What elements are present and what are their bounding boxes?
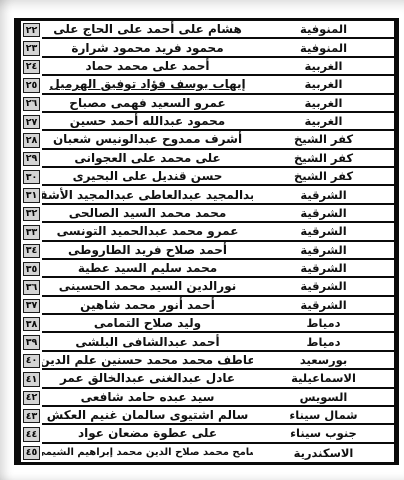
candidate-name-cell: محمود فريد محمود شرارة: [42, 39, 253, 57]
row-number-cell: ٢٢: [17, 21, 42, 39]
governorate-cell: دمياط: [253, 333, 396, 351]
row-number-badge: ٢٥: [23, 78, 40, 92]
candidate-name-cell: وليد صلاح التمامى: [42, 315, 253, 333]
governorate-cell: الغربية: [253, 113, 396, 131]
candidate-name-cell: سيد عبده حامد شافعى: [42, 389, 253, 407]
candidate-name-cell: أحمد صلاح فريد الطاروطى: [42, 242, 253, 260]
table-row: الشرقية محمد سليم السيد عطية ٣٥: [17, 260, 396, 278]
table-row: الغربية محمود عبدالله أحمد حسين ٢٧: [17, 113, 396, 131]
row-number-cell: ٣٧: [17, 297, 42, 315]
row-number-cell: ٣٤: [17, 242, 42, 260]
row-number-cell: ٤٥: [17, 444, 42, 462]
row-number-cell: ٣٣: [17, 223, 42, 241]
candidate-name-cell: على عطوة مضعان عواد: [42, 425, 253, 443]
candidate-name-cell: محمد محمد السيد الصالحى: [42, 205, 253, 223]
table-row: الغربية عمرو السعيد فهمى مصباح ٢٦: [17, 95, 396, 113]
governorate-cell: الشرقية: [253, 223, 396, 241]
table-row: الشرقية أحمد أنور محمد شاهين ٣٧: [17, 297, 396, 315]
table-row: دمياط وليد صلاح التمامى ٣٨: [17, 315, 396, 333]
governorate-cell: المنوفية: [253, 39, 396, 57]
row-number-badge: ٢٦: [23, 97, 40, 111]
table-row: كفر الشيخ حسن قنديل على البحيرى ٣٠: [17, 168, 396, 186]
governorate-cell: الغربية: [253, 76, 396, 94]
row-number-cell: ٢٣: [17, 39, 42, 57]
table-row: الغربية إيهاب يوسف فؤاد توفيق الهرميل ٢٥: [17, 76, 396, 94]
row-number-cell: ٤٤: [17, 425, 42, 443]
governorate-cell: الاسكندرية: [253, 444, 396, 462]
governorate-cell: الشرقية: [253, 186, 396, 204]
governorate-cell: الغربية: [253, 58, 396, 76]
governorate-cell: كفر الشيخ: [253, 131, 396, 149]
row-number-cell: ٢٧: [17, 113, 42, 131]
governorate-cell: شمال سيناء: [253, 407, 396, 425]
candidates-table: المنوفية هشام على أحمد على الحاج على ٢٢ …: [14, 18, 399, 465]
governorate-cell: دمياط: [253, 315, 396, 333]
candidate-name-cell: عادل عبدالغنى عبدالخالق عمر: [42, 370, 253, 388]
governorate-cell: المنوفية: [253, 21, 396, 39]
governorate-cell: بورسعيد: [253, 352, 396, 370]
row-number-badge: ٤٠: [23, 354, 40, 368]
table-row: كفر الشيخ أشرف ممدوح عبدالونيس شعبان ٢٨: [17, 131, 396, 149]
candidate-name-cell: أشرف ممدوح عبدالونيس شعبان: [42, 131, 253, 149]
row-number-badge: ٣٥: [23, 262, 40, 276]
row-number-cell: ٣٢: [17, 205, 42, 223]
row-number-badge: ٣٠: [23, 170, 40, 184]
candidate-name-cell: على محمد على العجوانى: [42, 150, 253, 168]
row-number-badge: ٤٥: [23, 446, 40, 460]
row-number-cell: ٤٣: [17, 407, 42, 425]
table-row: كفر الشيخ على محمد على العجوانى ٢٩: [17, 150, 396, 168]
table-row: الغربية أحمد على محمد حماد ٢٤: [17, 58, 396, 76]
row-number-badge: ٤٤: [23, 427, 40, 441]
candidate-name-cell: أحمد على محمد حماد: [42, 58, 253, 76]
row-number-badge: ٢٨: [23, 133, 40, 147]
row-number-badge: ٢٣: [23, 41, 40, 55]
candidate-name-cell: سالم اشتيوى سالمان غنيم العكش: [42, 407, 253, 425]
row-number-cell: ٣٥: [17, 260, 42, 278]
row-number-badge: ٤١: [23, 372, 40, 386]
governorate-cell: الشرقية: [253, 278, 396, 296]
governorate-cell: الاسماعيلية: [253, 370, 396, 388]
table-row: جنوب سيناء على عطوة مضعان عواد ٤٤: [17, 425, 396, 443]
row-number-badge: ٢٢: [23, 23, 40, 37]
row-number-badge: ٣٦: [23, 280, 40, 294]
candidate-name-cell: محمد سليم السيد عطية: [42, 260, 253, 278]
table-row: الاسماعيلية عادل عبدالغنى عبدالخالق عمر …: [17, 370, 396, 388]
candidate-name-cell: أحمد عبدالشافى البلشى: [42, 333, 253, 351]
row-number-badge: ٣٨: [23, 317, 40, 331]
row-number-badge: ٣٩: [23, 335, 40, 349]
governorate-cell: الشرقية: [253, 242, 396, 260]
governorate-cell: الشرقية: [253, 260, 396, 278]
governorate-cell: السويس: [253, 389, 396, 407]
row-number-badge: ٣٤: [23, 244, 40, 258]
candidate-name-cell: هشام على أحمد على الحاج على: [42, 21, 253, 39]
row-number-badge: ٢٤: [23, 60, 40, 74]
table-row: المنوفية محمود فريد محمود شرارة ٢٣: [17, 39, 396, 57]
row-number-badge: ٤٣: [23, 409, 40, 423]
row-number-cell: ٤٠: [17, 352, 42, 370]
row-number-badge: ٣٣: [23, 225, 40, 239]
row-number-cell: ٢٥: [17, 76, 42, 94]
table-row: الشرقية عمرو محمد عبدالحميد التونسى ٣٣: [17, 223, 396, 241]
row-number-cell: ٣٠: [17, 168, 42, 186]
candidate-name-cell: عمرو محمد عبدالحميد التونسى: [42, 223, 253, 241]
governorate-cell: كفر الشيخ: [253, 150, 396, 168]
governorate-cell: كفر الشيخ: [253, 168, 396, 186]
row-number-cell: ٣٨: [17, 315, 42, 333]
row-number-badge: ٣٢: [23, 207, 40, 221]
table-row: شمال سيناء سالم اشتيوى سالمان غنيم العكش…: [17, 407, 396, 425]
table-row: المنوفية هشام على أحمد على الحاج على ٢٢: [17, 21, 396, 39]
row-number-badge: ٣١: [23, 188, 40, 202]
row-number-cell: ٣٦: [17, 278, 42, 296]
row-number-cell: ٢٨: [17, 131, 42, 149]
table-row: دمياط أحمد عبدالشافى البلشى ٣٩: [17, 333, 396, 351]
candidate-name-cell: عبدالمجيد عبدالعاطى عبدالمجيد الأشقر: [42, 186, 253, 204]
candidate-name-cell: نورالدين السيد محمد الحسينى: [42, 278, 253, 296]
candidate-name-cell: سامح محمد صلاح الدين محمد إبراهيم الشيمى: [42, 444, 253, 462]
governorate-cell: الشرقية: [253, 205, 396, 223]
row-number-badge: ٤٢: [23, 391, 40, 405]
row-number-cell: ٢٤: [17, 58, 42, 76]
table-row: الشرقية محمد محمد السيد الصالحى ٣٢: [17, 205, 396, 223]
governorate-cell: جنوب سيناء: [253, 425, 396, 443]
candidate-name-cell: إيهاب يوسف فؤاد توفيق الهرميل: [42, 76, 253, 94]
table-row: الشرقية عبدالمجيد عبدالعاطى عبدالمجيد ال…: [17, 186, 396, 204]
row-number-cell: ٤١: [17, 370, 42, 388]
governorate-cell: الشرقية: [253, 297, 396, 315]
candidate-name-cell: محمود عبدالله أحمد حسين: [42, 113, 253, 131]
row-number-cell: ٢٩: [17, 150, 42, 168]
table-row: السويس سيد عبده حامد شافعى ٤٢: [17, 389, 396, 407]
row-number-cell: ٣٩: [17, 333, 42, 351]
table-row: الاسكندرية سامح محمد صلاح الدين محمد إبر…: [17, 444, 396, 462]
row-number-cell: ٣١: [17, 186, 42, 204]
candidate-name-cell: عاطف محمد محمد حسنين علم الدين: [42, 352, 253, 370]
table-row: بورسعيد عاطف محمد محمد حسنين علم الدين ٤…: [17, 352, 396, 370]
table-row: الشرقية نورالدين السيد محمد الحسينى ٣٦: [17, 278, 396, 296]
candidate-name-cell: أحمد أنور محمد شاهين: [42, 297, 253, 315]
governorate-cell: الغربية: [253, 95, 396, 113]
candidate-name-cell: حسن قنديل على البحيرى: [42, 168, 253, 186]
row-number-badge: ٢٧: [23, 115, 40, 129]
row-number-badge: ٣٧: [23, 299, 40, 313]
table-row: الشرقية أحمد صلاح فريد الطاروطى ٣٤: [17, 242, 396, 260]
scanned-page: المنوفية هشام على أحمد على الحاج على ٢٢ …: [0, 0, 404, 480]
row-number-badge: ٢٩: [23, 152, 40, 166]
row-number-cell: ٢٦: [17, 95, 42, 113]
candidate-name-cell: عمرو السعيد فهمى مصباح: [42, 95, 253, 113]
row-number-cell: ٤٢: [17, 389, 42, 407]
